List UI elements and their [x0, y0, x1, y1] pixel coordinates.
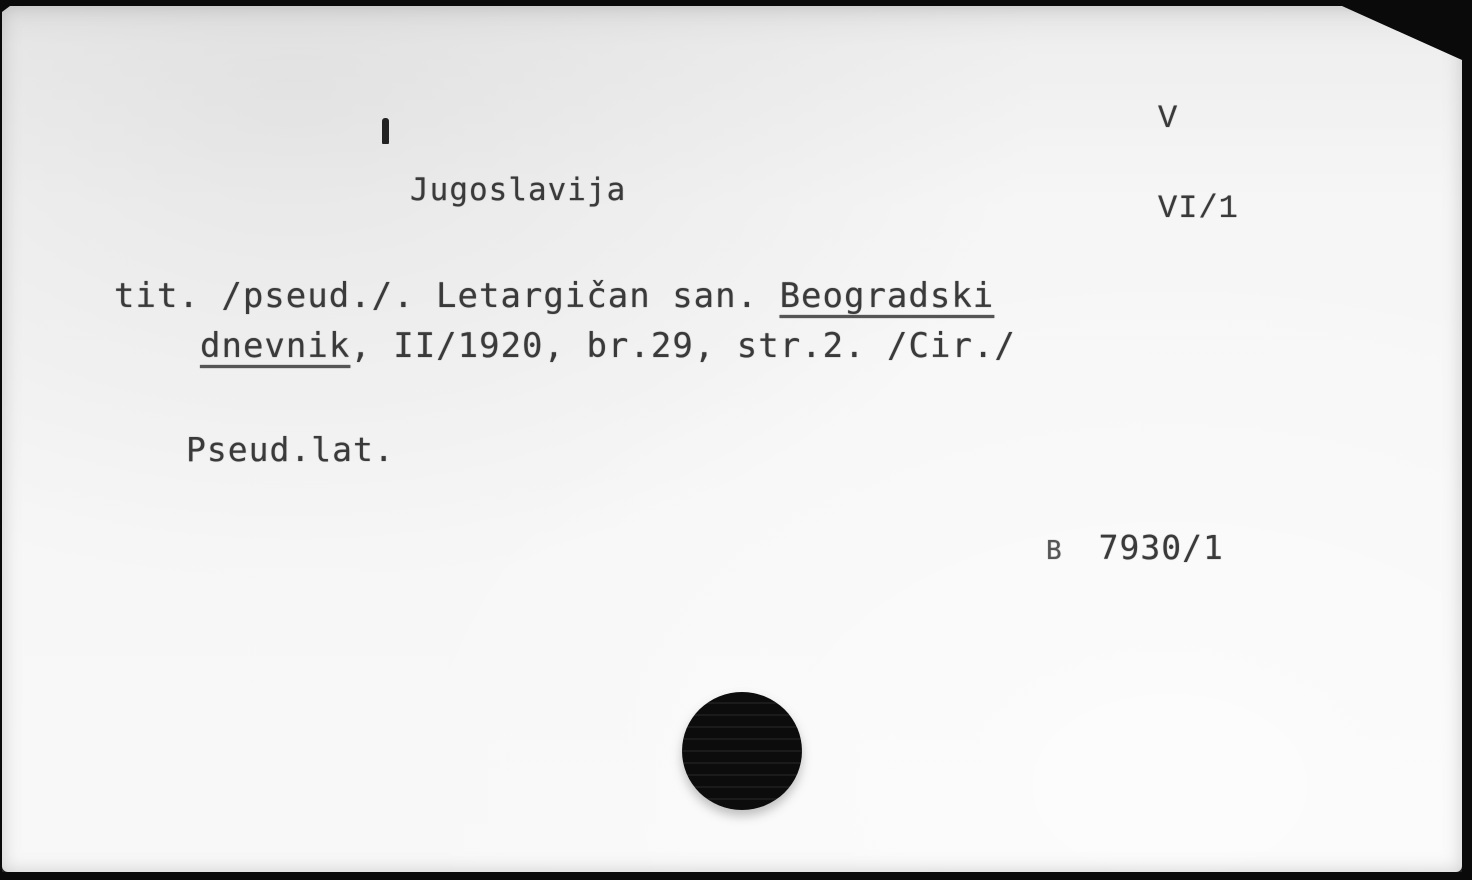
shelfmark-prefix: B [1046, 536, 1063, 566]
entry-line-2: dnevnik, II/1920, br.29, str.2. /Cir./ [200, 326, 1016, 366]
scanned-catalog-card-image: V VI/1 Jugoslavija tit. /pseud./. Letarg… [0, 0, 1472, 880]
source-title-part-2: dnevnik [200, 326, 350, 366]
subject-heading: Jugoslavija [410, 172, 626, 208]
source-details: , II/1920, br.29, str.2. /Cir./ [350, 326, 1016, 366]
catalog-card: V VI/1 Jugoslavija tit. /pseud./. Letarg… [2, 6, 1462, 872]
ink-mark-icon [382, 118, 389, 144]
call-number-top: V [1158, 104, 1279, 134]
punch-hole-icon [682, 692, 802, 810]
shelfmark-number: 7930/1 [1099, 528, 1224, 567]
shelfmark: B7930/1 [1046, 528, 1224, 567]
pseudonym-note: Pseud.lat. [186, 430, 395, 469]
source-title-part-1: Beogradski [780, 276, 995, 316]
entry-line-1: tit. /pseud./. Letargičan san. Beogradsk… [114, 276, 994, 316]
call-number: V VI/1 [1158, 44, 1279, 284]
call-number-bottom: VI/1 [1158, 194, 1279, 224]
entry-title: tit. /pseud./. Letargičan san. [114, 276, 780, 316]
